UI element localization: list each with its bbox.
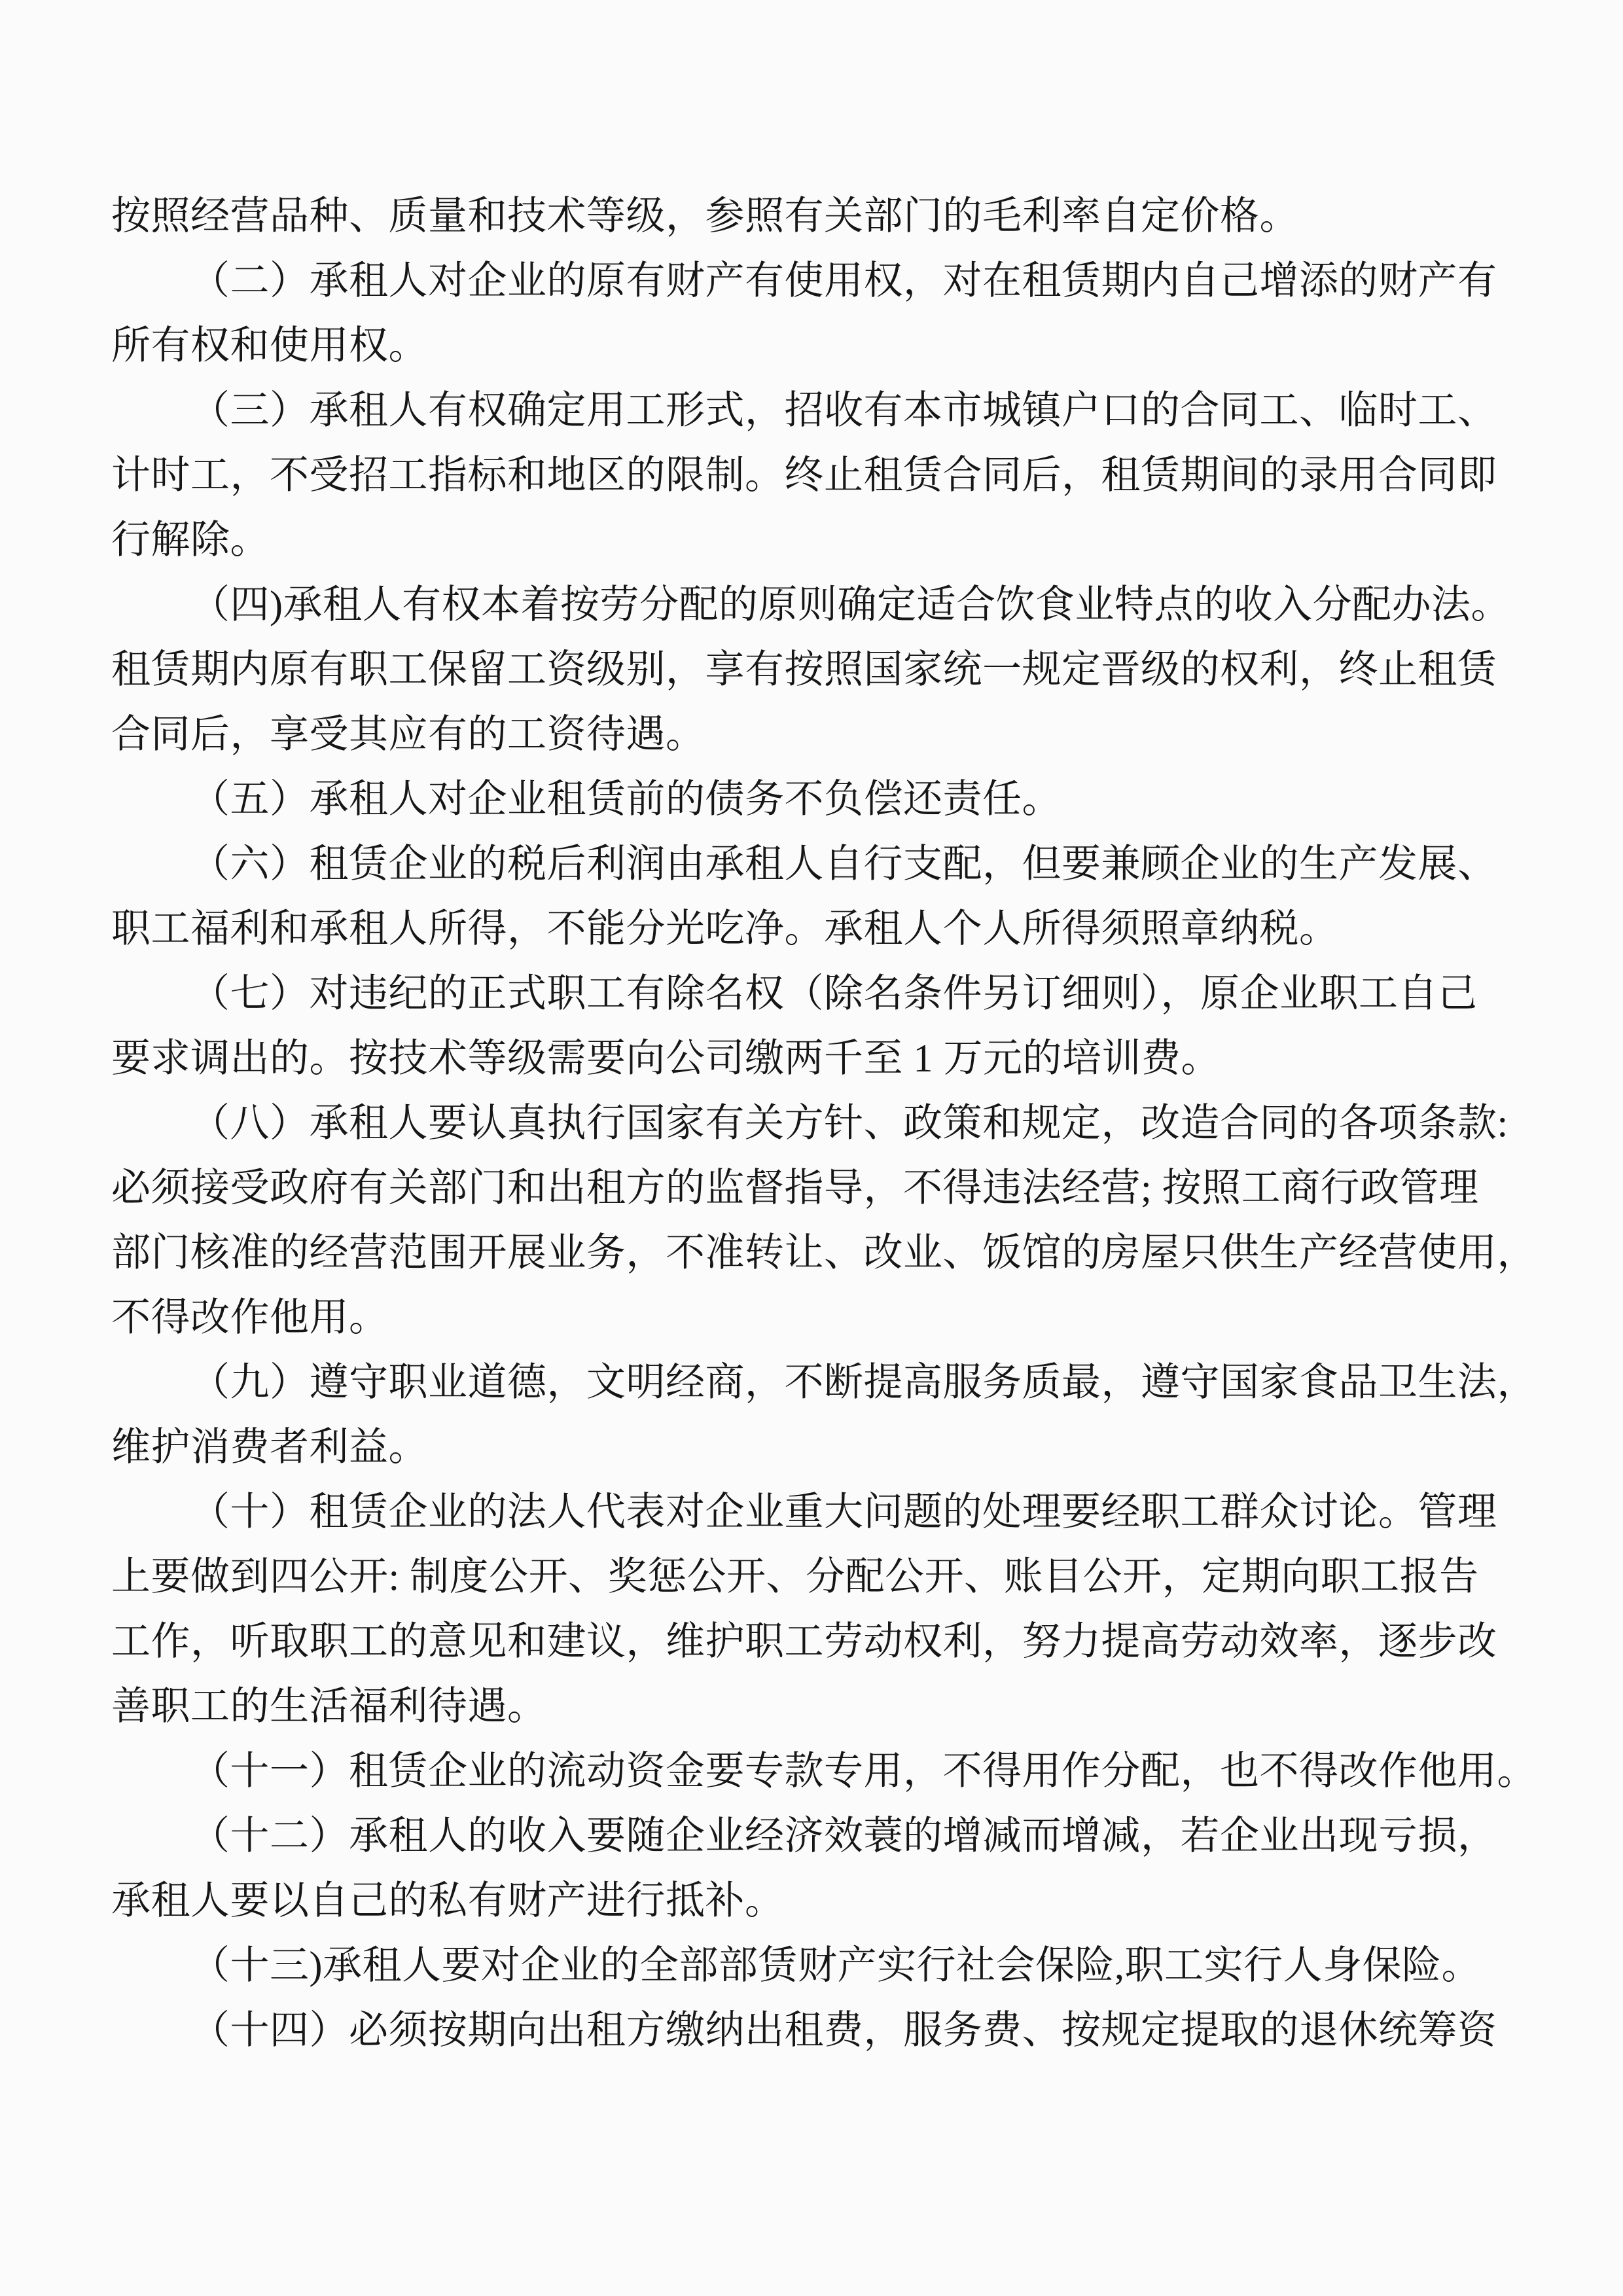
text-line: （七）对违纪的正式职工有除名权（除名条件另订细则），原企业职工自己 [111, 961, 1525, 1026]
text-line: 职工福利和承租人所得，不能分光吃净。承租人个人所得须照章纳税。 [111, 897, 1525, 961]
text-line: 行解除。 [111, 508, 1525, 573]
text-line: 不得改作他用。 [111, 1285, 1525, 1350]
text-line: 计时工，不受招工指标和地区的限制。终止租赁合同后，租赁期间的录用合同即 [111, 443, 1525, 508]
text-line: （五）承租人对企业租赁前的债务不负偿还责任。 [111, 767, 1525, 832]
text-line: 善职工的生活福利待遇。 [111, 1674, 1525, 1739]
text-line: （二）承租人对企业的原有财产有使用权，对在租赁期内自己增添的财产有 [111, 249, 1525, 314]
text-line: （十）租赁企业的法人代表对企业重大问题的处理要经职工群众讨论。管理 [111, 1480, 1525, 1545]
text-line: 合同后，享受其应有的工资待遇。 [111, 702, 1525, 767]
document-page: 按照经营品种、质量和技术等级，参照有关部门的毛利率自定价格。 （二）承租人对企业… [0, 0, 1623, 2296]
text-line: 要求调出的。按技术等级需要向公司缴两千至 1 万元的培训费。 [111, 1026, 1525, 1091]
text-line: 部门核准的经营范围开展业务，不准转让、改业、饭馆的房屋只供生产经营使用， [111, 1221, 1525, 1285]
text-line: 承租人要以自己的私有财产进行抵补。 [111, 1869, 1525, 1933]
text-line: （八）承租人要认真执行国家有关方针、政策和规定，改造合同的各项条款: [111, 1091, 1525, 1156]
text-line: （九）遵守职业道德，文明经商，不断提高服务质最，遵守国家食品卫生法， [111, 1350, 1525, 1415]
text-line: （十一）租赁企业的流动资金要专款专用，不得用作分配，也不得改作他用。 [111, 1739, 1525, 1804]
text-line: 所有权和使用权。 [111, 314, 1525, 378]
text-line: 维护消费者利益。 [111, 1415, 1525, 1480]
text-line: （十三)承租人要对企业的全部部赁财产实行社会保险,职工实行人身保险。 [111, 1933, 1525, 1998]
text-line: （四)承租人有权本着按劳分配的原则确定适合饮食业特点的收入分配办法。 [111, 573, 1525, 637]
text-line: （十二）承租人的收入要随企业经济效蓑的增减而增减，若企业出现亏损， [111, 1804, 1525, 1869]
text-line: （六）租赁企业的税后利润由承租人自行支配，但要兼顾企业的生产发展、 [111, 832, 1525, 897]
text-line: 按照经营品种、质量和技术等级，参照有关部门的毛利率自定价格。 [111, 184, 1525, 249]
document-text-block: 按照经营品种、质量和技术等级，参照有关部门的毛利率自定价格。 （二）承租人对企业… [111, 184, 1525, 2063]
text-line: 必须接受政府有关部门和出租方的监督指导，不得违法经营; 按照工商行政管理 [111, 1156, 1525, 1221]
text-line: 工作，听取职工的意见和建议，维护职工劳动权利，努力提高劳动效率，逐步改 [111, 1609, 1525, 1674]
text-line: 租赁期内原有职工保留工资级别，享有按照国家统一规定晋级的权利，终止租赁 [111, 637, 1525, 702]
text-line: （十四）必须按期向出租方缴纳出租费，服务费、按规定提取的退休统筹资 [111, 1998, 1525, 2063]
text-line: 上要做到四公开: 制度公开、奖惩公开、分配公开、账目公开，定期向职工报告 [111, 1545, 1525, 1609]
text-line: （三）承租人有权确定用工形式，招收有本市城镇户口的合同工、临时工、 [111, 378, 1525, 443]
